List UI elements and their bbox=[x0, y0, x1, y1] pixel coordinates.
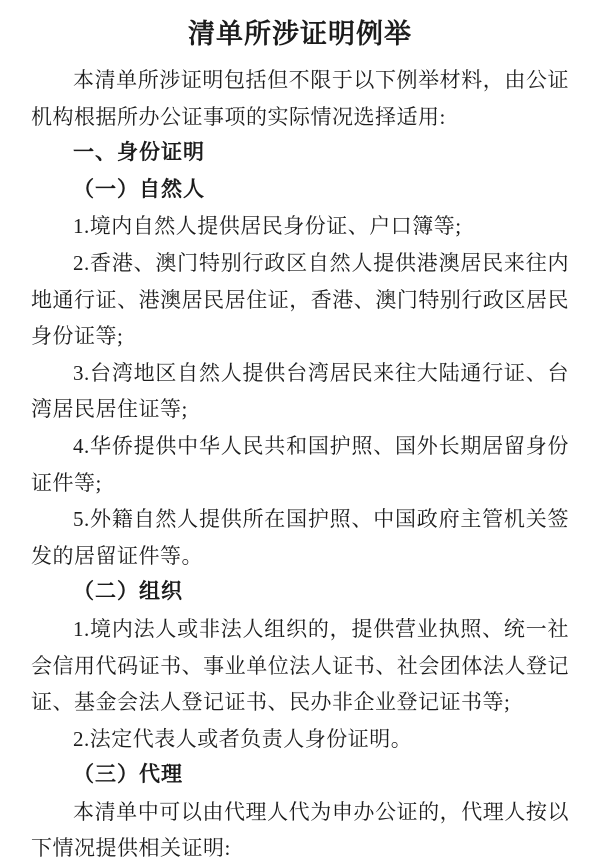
document-page: 清单所涉证明例举 本清单所涉证明包括但不限于以下例举材料，由公证机构根据所办公证… bbox=[0, 0, 600, 860]
list-item-1: 1.境内自然人提供居民身份证、户口簿等; bbox=[31, 208, 569, 245]
section-heading-1: 一、身份证明 bbox=[31, 135, 569, 172]
document-title: 清单所涉证明例举 bbox=[31, 14, 569, 54]
list-item-2: 2.香港、澳门特别行政区自然人提供港澳居民来往内地通行证、港澳居民居住证，香港、… bbox=[31, 245, 569, 355]
list-item-7: 2.法定代表人或者负责人身份证明。 bbox=[31, 721, 569, 758]
list-item-6: 1.境内法人或非法人组织的，提供营业执照、统一社会信用代码证书、事业单位法人证书… bbox=[31, 611, 569, 721]
intro-paragraph: 本清单所涉证明包括但不限于以下例举材料，由公证机构根据所办公证事项的实际情况选择… bbox=[31, 62, 569, 135]
subsection-heading-1-1: （一）自然人 bbox=[31, 172, 569, 209]
list-item-5: 5.外籍自然人提供所在国护照、中国政府主管机关签发的居留证件等。 bbox=[31, 501, 569, 574]
list-item-4: 4.华侨提供中华人民共和国护照、国外长期居留身份证件等; bbox=[31, 428, 569, 501]
closing-paragraph: 本清单中可以由代理人代为申办公证的，代理人按以下情况提供相关证明: bbox=[31, 794, 569, 860]
subsection-heading-1-3: （三）代理 bbox=[31, 757, 569, 794]
subsection-heading-1-2: （二）组织 bbox=[31, 574, 569, 611]
list-item-3: 3.台湾地区自然人提供台湾居民来往大陆通行证、台湾居民居住证等; bbox=[31, 355, 569, 428]
